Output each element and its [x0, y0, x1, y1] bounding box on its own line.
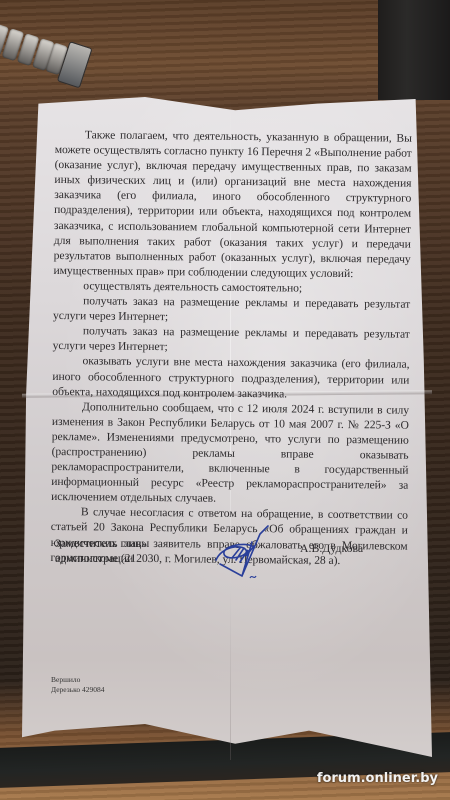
watermark-forum-onliner: forum.onliner.by	[317, 771, 438, 786]
executor-phone: Дерезько 429084	[51, 685, 104, 695]
condition-item: получать заказ на размещение рекламы и п…	[53, 323, 410, 357]
signer-position-line1: Заместитель главы	[55, 536, 149, 551]
paragraph-conditions-intro: Также полагаем, что деятельность, указан…	[53, 127, 412, 282]
dark-object-corner	[378, 0, 450, 100]
handwritten-signature	[212, 524, 282, 584]
signer-position-line2: администрации	[55, 551, 149, 566]
executor-note: Вершило Дерезько 429084	[51, 675, 104, 695]
condition-item: оказывать услуги вне места нахождения за…	[52, 353, 409, 402]
paragraph-law-changes: Дополнительно сообщаем, что с 12 июля 20…	[51, 399, 409, 508]
executor-name: Вершило	[51, 675, 104, 685]
signer-name: А.В.Дудкова	[300, 541, 363, 556]
document-body: Также полагаем, что деятельность, указан…	[50, 127, 412, 568]
signer-position: Заместитель главы администрации	[55, 536, 149, 566]
condition-item: получать заказ на размещение рекламы и п…	[53, 293, 410, 327]
